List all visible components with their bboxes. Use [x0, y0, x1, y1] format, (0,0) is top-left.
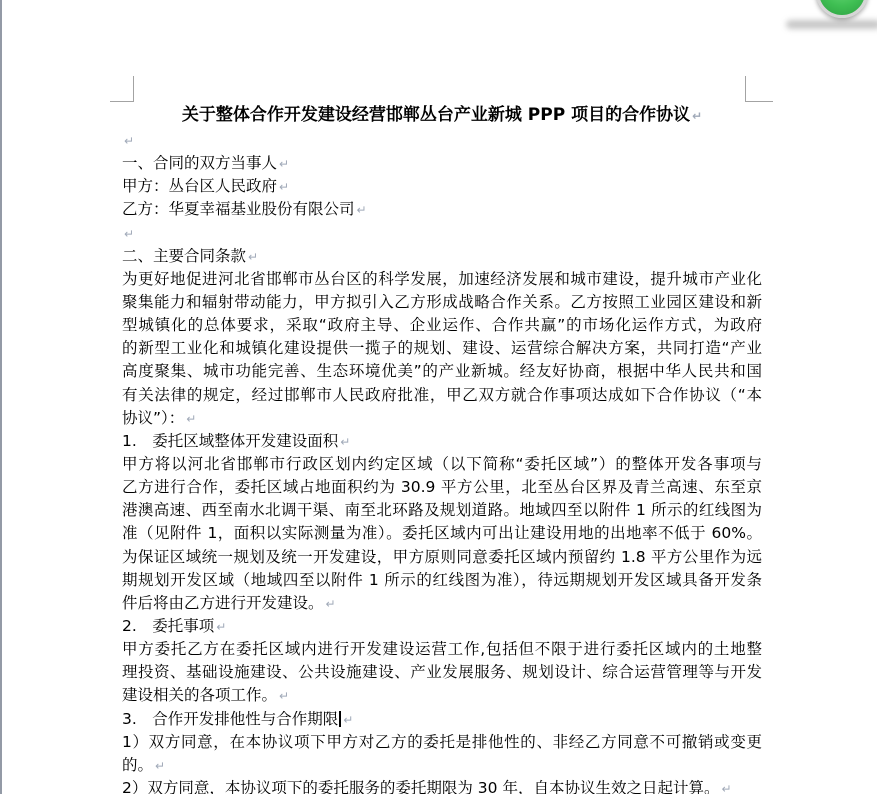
line-text: 乙方：华夏幸福基业股份有限公司: [122, 200, 355, 218]
document-line[interactable]: 甲方：丛台区人民政府↵: [122, 175, 762, 198]
document-line[interactable]: 期规划开发区域（地域四至以附件 1 所示的红线图为准），待远期规划开发区域具备开…: [122, 569, 762, 592]
line-text: 甲方委托乙方在委托区域内进行开发建设运营工作,包括但不限于进行委托区域内的土地整: [122, 640, 762, 658]
line-text: 的新型工业化和城镇化建设提供一揽子的规划、建设、运营综合解决方案，共同打造“产业: [122, 339, 762, 357]
paragraph-mark: ↵: [343, 713, 353, 727]
document-line[interactable]: 乙方进行合作，委托区域占地面积约为 30.9 平方公里，北至丛台区界及青兰高速、…: [122, 476, 762, 499]
empty-line[interactable]: ↵: [122, 222, 762, 245]
line-text: 有关法律的规定，经过邯郸市人民政府批准，甲乙双方就合作事项达成如下合作协议（“本: [122, 386, 762, 404]
paragraph-mark: ↵: [279, 180, 289, 194]
document-line[interactable]: 二、主要合同条款↵: [122, 245, 762, 268]
paragraph-mark: ↵: [340, 435, 350, 449]
line-text: 件后将由乙方进行开发建设。: [122, 594, 324, 612]
line-text: 2. 委托事项: [122, 617, 214, 635]
line-text: 一、合同的双方当事人: [122, 154, 277, 172]
document-line[interactable]: 3. 合作开发排他性与合作期限↵: [122, 708, 762, 731]
line-text: 建设相关的各项工作。: [122, 686, 277, 704]
document-line[interactable]: 高度聚集、城市功能完善、生态环境优美”的产业新城。经友好协商，根据中华人民共和国: [122, 360, 762, 383]
paragraph-mark: ↵: [124, 134, 134, 148]
document-line[interactable]: 型城镇化的总体要求，采取“政府主导、企业运作、合作共赢”的市场化运作方式，为政府: [122, 314, 762, 337]
window-left-edge: [0, 0, 2, 794]
paragraph-mark: ↵: [186, 412, 196, 426]
margin-mark-top-right: [745, 76, 773, 102]
paragraph-mark: ↵: [357, 203, 367, 217]
line-text: 型城镇化的总体要求，采取“政府主导、企业运作、合作共赢”的市场化运作方式，为政府: [122, 316, 762, 334]
document-line[interactable]: 有关法律的规定，经过邯郸市人民政府批准，甲乙双方就合作事项达成如下合作协议（“本: [122, 384, 762, 407]
document-title[interactable]: 关于整体合作开发建设经营邯郸丛台产业新城 PPP 项目的合作协议↵: [122, 101, 762, 129]
line-text: 甲方：丛台区人民政府: [122, 177, 277, 195]
paragraph-mark: ↵: [124, 227, 134, 241]
line-text: 二、主要合同条款: [122, 247, 246, 265]
text-cursor: [339, 711, 341, 727]
line-text: 为更好地促进河北省邯郸市丛台区的科学发展，加速经济发展和城市建设，提升城市产业化: [122, 270, 762, 288]
line-text: 3. 合作开发排他性与合作期限: [122, 710, 338, 728]
line-text: 1）双方同意，在本协议项下甲方对乙方的委托是排他性的、非经乙方同意不可撤销或变更: [122, 733, 762, 751]
document-line[interactable]: 建设相关的各项工作。↵: [122, 684, 762, 707]
document-page[interactable]: 关于整体合作开发建设经营邯郸丛台产业新城 PPP 项目的合作协议↵ ↵一、合同的…: [122, 101, 762, 794]
paragraph-mark: ↵: [692, 109, 702, 123]
document-line[interactable]: 1）双方同意，在本协议项下甲方对乙方的委托是排他性的、非经乙方同意不可撤销或变更: [122, 731, 762, 754]
document-line[interactable]: 甲方委托乙方在委托区域内进行开发建设运营工作,包括但不限于进行委托区域内的土地整: [122, 638, 762, 661]
paragraph-mark: ↵: [279, 689, 289, 703]
empty-line[interactable]: ↵: [122, 129, 762, 152]
line-text: 协议”）：: [122, 409, 184, 427]
paragraph-mark: ↵: [248, 250, 258, 264]
document-line[interactable]: 2）双方同意，本协议项下的委托服务的委托期限为 30 年，自本协议生效之日起计算…: [122, 777, 762, 794]
document-line[interactable]: 港澳高速、西至南水北调干渠、南至北环路及规划道路。地域四至以附件 1 所示的红线…: [122, 499, 762, 522]
document-line[interactable]: 件后将由乙方进行开发建设。↵: [122, 592, 762, 615]
document-line[interactable]: 乙方：华夏幸福基业股份有限公司↵: [122, 198, 762, 221]
line-text: 期规划开发区域（地域四至以附件 1 所示的红线图为准），待远期规划开发区域具备开…: [122, 571, 762, 589]
line-text: 准（见附件 1，面积以实际测量为准）。委托区域内可出让建设用地的出地率不低于 6…: [122, 524, 762, 542]
line-text: 为保证区域统一规划及统一开发建设，甲方原则同意委托区域内预留约 1.8 平方公里…: [122, 548, 762, 566]
line-text: 理投资、基础设施建设、公共设施建设、产业发展服务、规划设计、综合运营管理等与开发: [122, 663, 762, 681]
document-line[interactable]: 准（见附件 1，面积以实际测量为准）。委托区域内可出让建设用地的出地率不低于 6…: [122, 522, 762, 545]
document-line[interactable]: 的。↵: [122, 754, 762, 777]
floating-panel-shadow: [786, 20, 877, 29]
line-text: 1. 委托区域整体开发建设面积: [122, 432, 338, 450]
title-text: 关于整体合作开发建设经营邯郸丛台产业新城 PPP 项目的合作协议: [182, 105, 690, 125]
document-line[interactable]: 2. 委托事项↵: [122, 615, 762, 638]
paragraph-mark: ↵: [721, 782, 731, 794]
paragraph-mark: ↵: [155, 759, 165, 773]
document-line[interactable]: 甲方将以河北省邯郸市行政区划内约定区域（以下简称“委托区域”）的整体开发各事项与: [122, 453, 762, 476]
document-line[interactable]: 的新型工业化和城镇化建设提供一揽子的规划、建设、运营综合解决方案，共同打造“产业: [122, 337, 762, 360]
document-line[interactable]: 协议”）：↵: [122, 407, 762, 430]
line-text: 甲方将以河北省邯郸市行政区划内约定区域（以下简称“委托区域”）的整体开发各事项与: [122, 455, 762, 473]
document-line[interactable]: 理投资、基础设施建设、公共设施建设、产业发展服务、规划设计、综合运营管理等与开发: [122, 661, 762, 684]
floating-green-button[interactable]: [816, 0, 868, 18]
line-text: 港澳高速、西至南水北调干渠、南至北环路及规划道路。地域四至以附件 1 所示的红线…: [122, 501, 762, 519]
line-text: 聚集能力和辐射带动能力，甲方拟引入乙方形成战略合作关系。乙方按照工业园区建设和新: [122, 293, 762, 311]
paragraph-mark: ↵: [216, 620, 226, 634]
line-text: 乙方进行合作，委托区域占地面积约为 30.9 平方公里，北至丛台区界及青兰高速、…: [122, 478, 762, 496]
paragraph-mark: ↵: [279, 157, 289, 171]
paragraph-mark: ↵: [326, 597, 336, 611]
document-line[interactable]: 为保证区域统一规划及统一开发建设，甲方原则同意委托区域内预留约 1.8 平方公里…: [122, 546, 762, 569]
document-line[interactable]: 一、合同的双方当事人↵: [122, 152, 762, 175]
line-text: 2）双方同意，本协议项下的委托服务的委托期限为 30 年，自本协议生效之日起计算…: [122, 779, 719, 794]
document-line[interactable]: 为更好地促进河北省邯郸市丛台区的科学发展，加速经济发展和城市建设，提升城市产业化: [122, 268, 762, 291]
margin-mark-top-left: [110, 76, 134, 102]
line-text: 的。: [122, 756, 153, 774]
document-line[interactable]: 聚集能力和辐射带动能力，甲方拟引入乙方形成战略合作关系。乙方按照工业园区建设和新: [122, 291, 762, 314]
line-text: 高度聚集、城市功能完善、生态环境优美”的产业新城。经友好协商，根据中华人民共和国: [122, 362, 762, 380]
document-line[interactable]: 1. 委托区域整体开发建设面积↵: [122, 430, 762, 453]
